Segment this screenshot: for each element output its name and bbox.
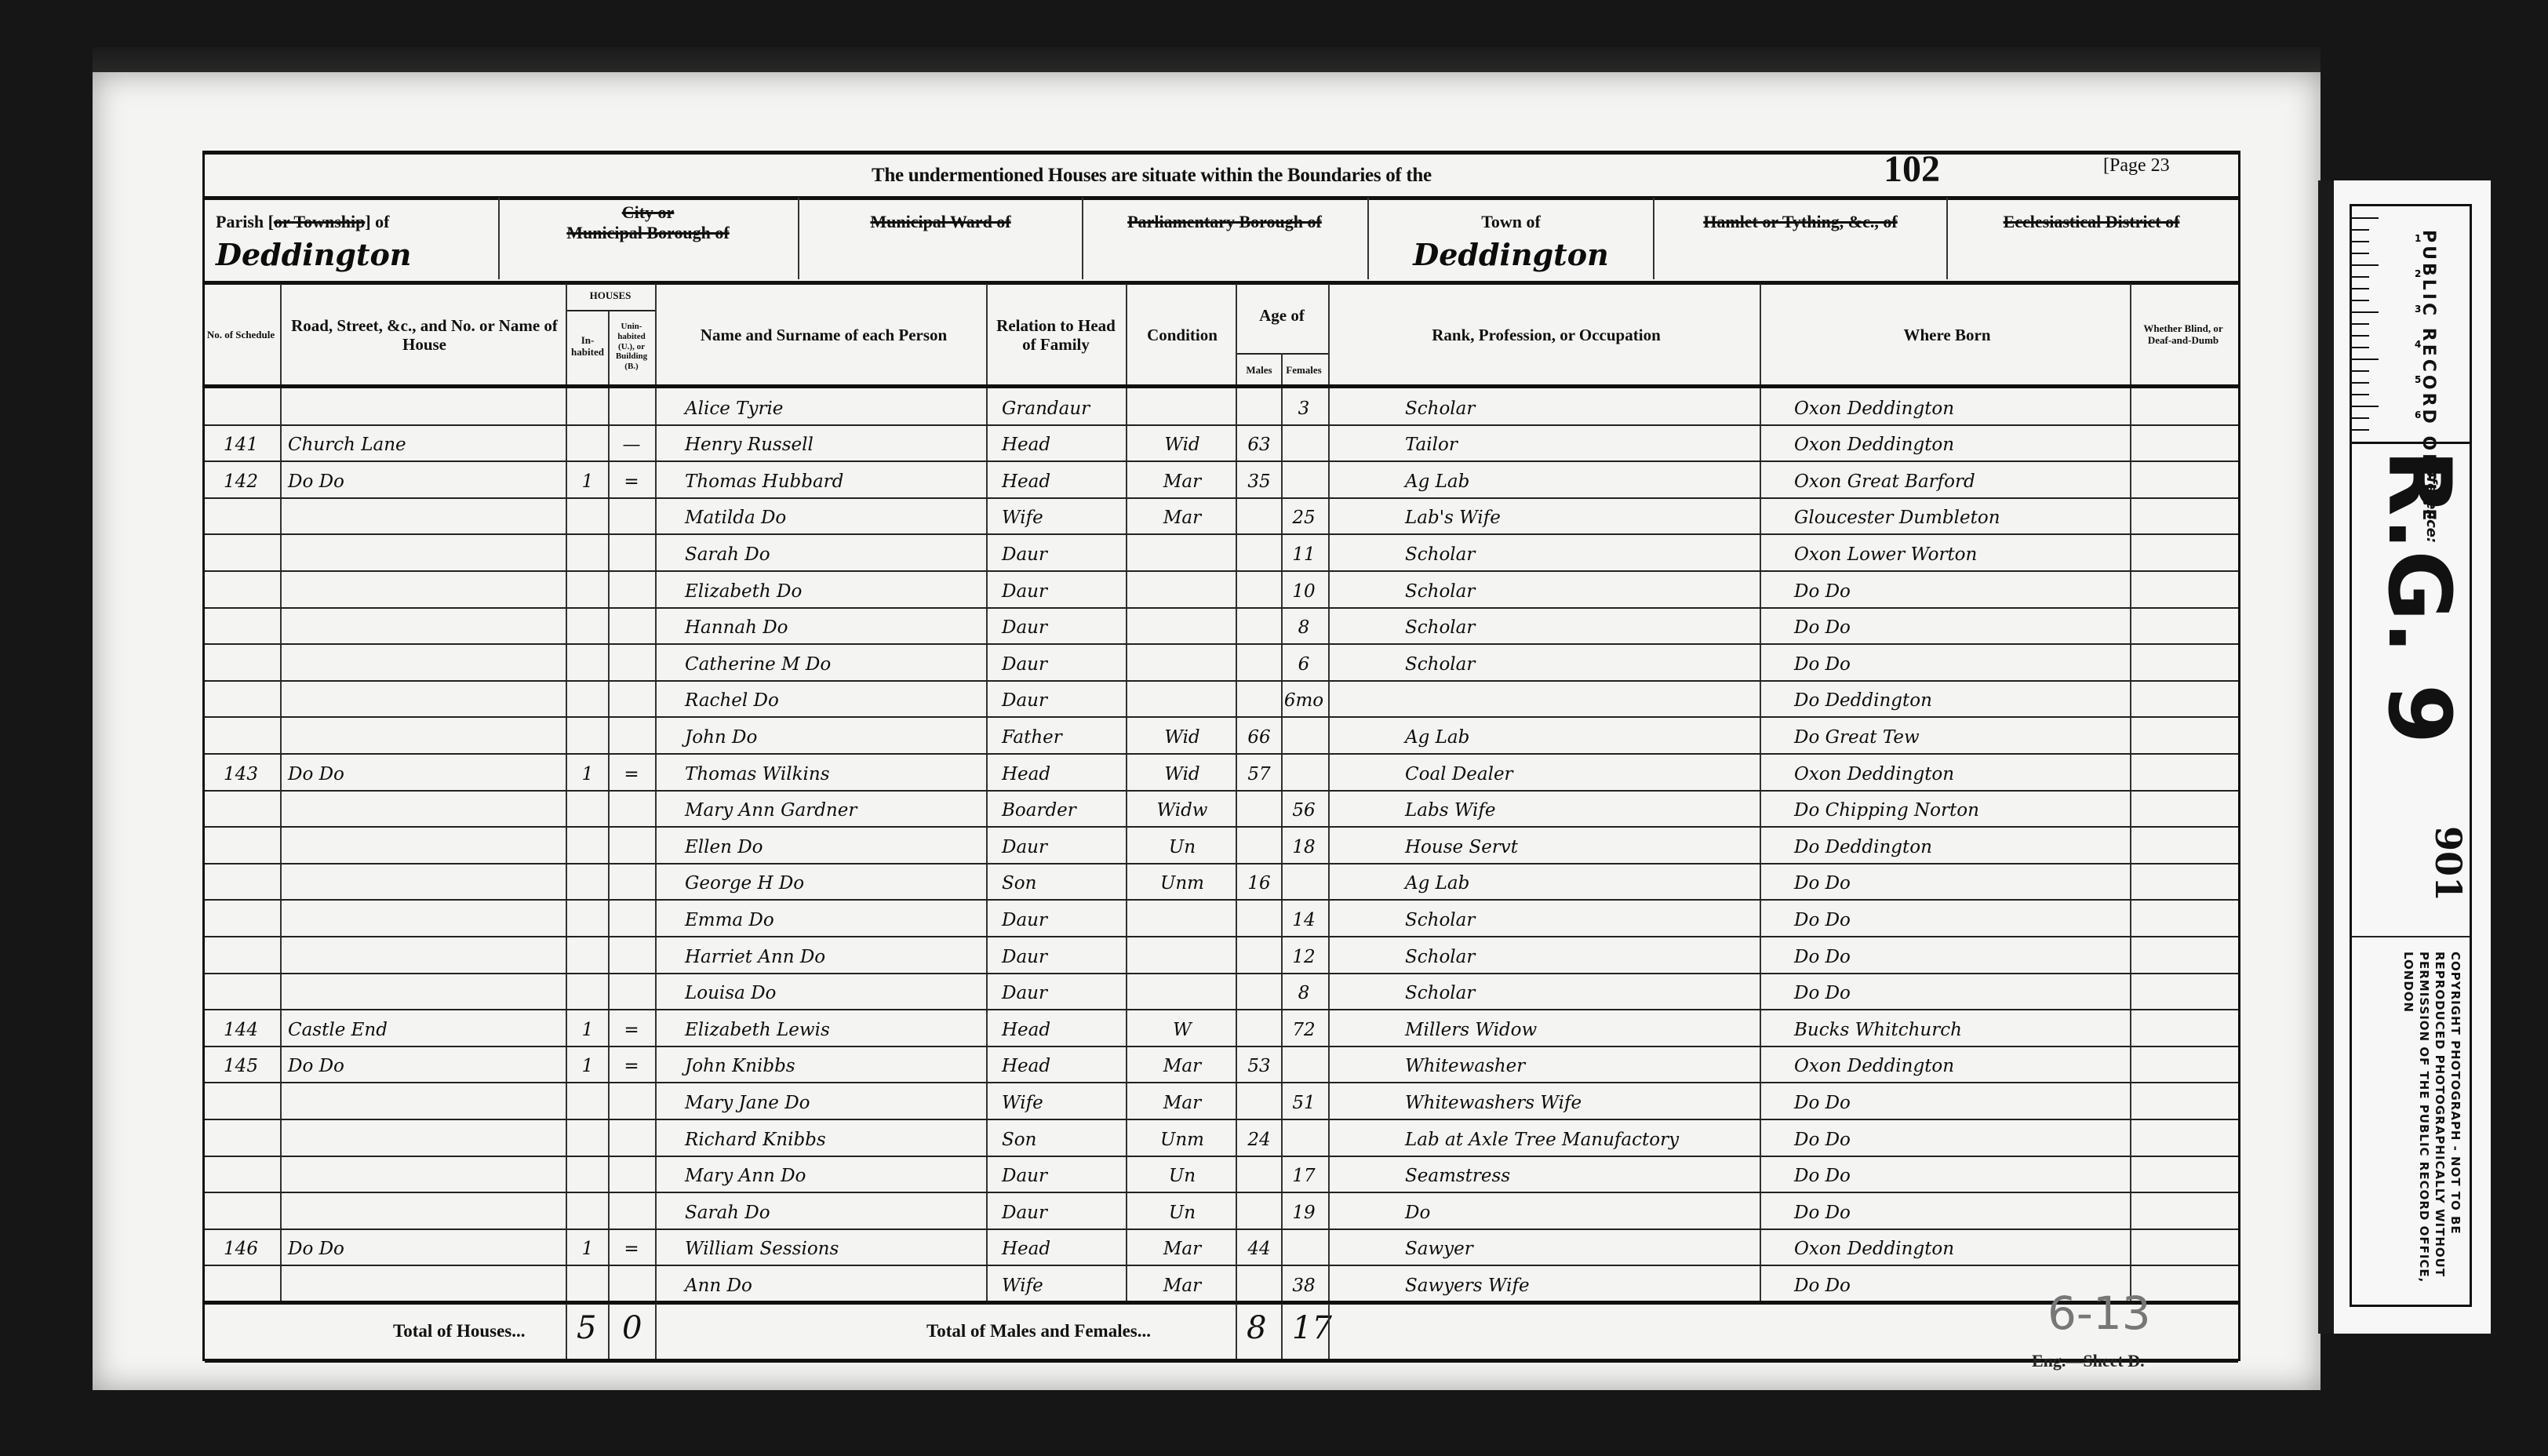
blind-deaf-status <box>2131 1202 2235 1225</box>
person-name: Catherine M Do <box>663 653 1006 676</box>
birthplace: Do Do <box>1763 653 2163 676</box>
household-separator: = <box>610 471 653 493</box>
table-row: Catherine M DoDaur6ScholarDo Do <box>205 643 2238 682</box>
inhabited-count <box>567 909 608 932</box>
occupation <box>1334 690 1829 712</box>
marital-condition <box>1129 946 1236 969</box>
relation-to-head: Boarder <box>989 799 1135 822</box>
birthplace: Do Do <box>1763 581 2163 603</box>
ruler-tick <box>2352 359 2379 360</box>
male-age <box>1237 799 1281 822</box>
male-age <box>1237 836 1281 859</box>
marital-condition: Mar <box>1129 1238 1236 1261</box>
marital-condition <box>1129 653 1236 676</box>
household-separator <box>610 617 653 639</box>
table-row: Hannah DoDaur8ScholarDo Do <box>205 607 2238 646</box>
household-separator <box>610 836 653 859</box>
table-row: 141Church Lane—Henry RussellHeadWid63Tai… <box>205 424 2238 463</box>
blind-deaf-status <box>2131 544 2235 566</box>
birthplace: Oxon Deddington <box>1763 398 2163 420</box>
household-separator: = <box>610 763 653 786</box>
occupation: Scholar <box>1334 581 1829 603</box>
table-row: George H DoSonUnm16Ag LabDo Do <box>205 863 2238 901</box>
schedule-number <box>205 690 277 712</box>
person-name: Ellen Do <box>663 836 1006 859</box>
town-value: Deddington <box>1369 237 1653 272</box>
occupation: Tailor <box>1334 434 1829 457</box>
table-row: Ellen DoDaurUn18House ServtDo Deddington <box>205 826 2238 864</box>
col-schedule: No. of Schedule <box>205 284 277 386</box>
parliamentary-borough-label: Parliamentary Borough of <box>1083 212 1366 232</box>
relation-to-head: Head <box>989 1055 1135 1078</box>
birthplace: Do Do <box>1763 872 2163 895</box>
schedule-number <box>205 544 277 566</box>
birthplace: Do Do <box>1763 909 2163 932</box>
schedule-number <box>205 909 277 932</box>
male-age <box>1237 617 1281 639</box>
ruler-tick <box>2352 394 2369 395</box>
male-age <box>1237 1019 1281 1042</box>
marital-condition: Mar <box>1129 471 1236 493</box>
male-age <box>1237 982 1281 1005</box>
person-name: Mary Jane Do <box>663 1092 1006 1115</box>
male-age: 44 <box>1237 1238 1281 1261</box>
table-row: Louisa DoDaur8ScholarDo Do <box>205 973 2238 1011</box>
relation-to-head: Son <box>989 1129 1135 1152</box>
person-name: John Do <box>663 726 1006 749</box>
male-age <box>1237 1202 1281 1225</box>
table-row: Sarah DoDaur11ScholarOxon Lower Worton <box>205 533 2238 572</box>
birthplace: Oxon Deddington <box>1763 763 2163 786</box>
female-age: 51 <box>1281 1092 1327 1115</box>
male-age: 66 <box>1237 726 1281 749</box>
relation-to-head: Head <box>989 1019 1135 1042</box>
col-females: Females <box>1281 355 1327 386</box>
birthplace: Oxon Deddington <box>1763 1055 2163 1078</box>
birthplace: Do Do <box>1763 1092 2163 1115</box>
col-name: Name and Surname of each Person <box>663 284 985 386</box>
col-relation: Relation to Head of Family <box>989 284 1123 386</box>
occupation: Scholar <box>1334 909 1829 932</box>
schedule-number <box>205 726 277 749</box>
road-address: Castle End <box>283 1019 570 1042</box>
schedule-number: 144 <box>205 1019 277 1042</box>
household-separator <box>610 1092 653 1115</box>
occupation: Scholar <box>1334 982 1829 1005</box>
ruler-tick <box>2352 382 2369 384</box>
occupation: Seamstress <box>1334 1165 1829 1188</box>
total-houses-label: Total of Houses... <box>393 1321 525 1341</box>
municipal-ward-cell: Municipal Ward of <box>799 201 1082 279</box>
birthplace: Do Do <box>1763 946 2163 969</box>
male-age <box>1237 946 1281 969</box>
road-address <box>283 581 570 603</box>
relation-to-head: Grandaur <box>989 398 1135 420</box>
road-address <box>283 1165 570 1188</box>
col-road: Road, Street, &c., and No. or Name of Ho… <box>283 284 566 386</box>
inhabited-count <box>567 1202 608 1225</box>
birthplace: Do Deddington <box>1763 836 2163 859</box>
blind-deaf-status <box>2131 1238 2235 1261</box>
marital-condition <box>1129 544 1236 566</box>
parliamentary-borough-cell: Parliamentary Borough of <box>1083 201 1366 279</box>
female-age <box>1281 471 1327 493</box>
birthplace: Oxon Deddington <box>1763 434 2163 457</box>
relation-to-head: Daur <box>989 982 1135 1005</box>
male-age: 16 <box>1237 872 1281 895</box>
inhabited-count <box>567 581 608 603</box>
road-address <box>283 617 570 639</box>
road-address <box>283 836 570 859</box>
table-row: Mary Ann DoDaurUn17SeamstressDo Do <box>205 1156 2238 1194</box>
household-separator <box>610 507 653 530</box>
birthplace: Do Do <box>1763 1129 2163 1152</box>
copyright-notice: COPYRIGHT PHOTOGRAPH - NOT TO BE REPRODU… <box>2401 952 2463 1297</box>
male-age: 35 <box>1237 471 1281 493</box>
township-label-struck: or Township <box>274 212 365 231</box>
household-separator <box>610 1129 653 1152</box>
male-age <box>1237 653 1281 676</box>
road-address: Do Do <box>283 763 570 786</box>
table-row: Ann DoWifeMar38Sawyers WifeDo Do <box>205 1265 2238 1303</box>
blind-deaf-status <box>2131 836 2235 859</box>
col-males: Males <box>1237 355 1281 386</box>
birthplace: Bucks Whitchurch <box>1763 1019 2163 1042</box>
inhabited-count <box>567 1165 608 1188</box>
person-name: John Knibbs <box>663 1055 1006 1078</box>
series-reference: R.G. 9 <box>2369 450 2470 744</box>
household-separator <box>610 1165 653 1188</box>
col-uninhabited: Unin-habited (U.), or Building (B.) <box>610 311 653 382</box>
schedule-number <box>205 398 277 420</box>
ruler-tick <box>2352 335 2369 337</box>
person-name: Mary Ann Gardner <box>663 799 1006 822</box>
person-name: Elizabeth Lewis <box>663 1019 1006 1042</box>
inhabited-count <box>567 544 608 566</box>
person-name: Richard Knibbs <box>663 1129 1006 1152</box>
inhabited-count <box>567 836 608 859</box>
ruler-tick <box>2352 276 2369 278</box>
schedule-number <box>205 1165 277 1188</box>
road-address: Do Do <box>283 1238 570 1261</box>
relation-to-head: Son <box>989 872 1135 895</box>
person-name: Mary Ann Do <box>663 1165 1006 1188</box>
household-separator <box>610 581 653 603</box>
parish-label: Parish [ <box>216 212 274 231</box>
household-separator <box>610 726 653 749</box>
blind-deaf-status <box>2131 1055 2235 1078</box>
blind-deaf-status <box>2131 617 2235 639</box>
blind-deaf-status <box>2131 1165 2235 1188</box>
schedule-number: 142 <box>205 471 277 493</box>
inhabited-count: 1 <box>567 1055 608 1078</box>
relation-to-head: Daur <box>989 690 1135 712</box>
table-row: Harriet Ann DoDaur12ScholarDo Do <box>205 936 2238 974</box>
municipal-borough-label: Municipal Borough of <box>566 223 729 242</box>
occupation: Lab's Wife <box>1334 507 1829 530</box>
blind-deaf-status <box>2131 1129 2235 1152</box>
schedule-number <box>205 1202 277 1225</box>
ruler-tick <box>2352 217 2379 219</box>
total-females: 17 <box>1292 1310 1332 1346</box>
scale-ruler: 123456 <box>2352 206 2470 444</box>
female-age: 14 <box>1281 909 1327 932</box>
person-name: Alice Tyrie <box>663 398 1006 420</box>
relation-to-head: Daur <box>989 581 1135 603</box>
marital-condition <box>1129 617 1236 639</box>
schedule-number <box>205 836 277 859</box>
male-age <box>1237 581 1281 603</box>
inhabited-count <box>567 726 608 749</box>
person-name: Thomas Hubbard <box>663 471 1006 493</box>
occupation: Coal Dealer <box>1334 763 1829 786</box>
municipal-borough-cell: City or Municipal Borough of <box>500 201 796 279</box>
female-age: 6mo <box>1281 690 1327 712</box>
marital-condition: Unm <box>1129 872 1236 895</box>
blind-deaf-status <box>2131 507 2235 530</box>
blind-deaf-status <box>2131 982 2235 1005</box>
male-age <box>1237 1275 1281 1298</box>
road-address: Do Do <box>283 471 570 493</box>
household-separator: — <box>610 434 653 457</box>
marital-condition <box>1129 690 1236 712</box>
reference-strip: 123456 PUBLIC RECORD OFFICE Reference: R… <box>2318 180 2491 1334</box>
ruler-tick <box>2352 417 2369 419</box>
household-separator: = <box>610 1055 653 1078</box>
female-age <box>1281 434 1327 457</box>
schedule-number <box>205 1129 277 1152</box>
birthplace: Do Chipping Norton <box>1763 799 2163 822</box>
female-age: 8 <box>1281 617 1327 639</box>
table-row: Emma DoDaur14ScholarDo Do <box>205 899 2238 937</box>
birthplace: Gloucester Dumbleton <box>1763 507 2163 530</box>
schedule-number <box>205 1092 277 1115</box>
male-age: 63 <box>1237 434 1281 457</box>
table-row: Mary Ann GardnerBoarderWidw56Labs WifeDo… <box>205 790 2238 828</box>
marital-condition: Mar <box>1129 1055 1236 1078</box>
occupation: Ag Lab <box>1334 726 1829 749</box>
marital-condition <box>1129 581 1236 603</box>
male-age <box>1237 690 1281 712</box>
person-name: Rachel Do <box>663 690 1006 712</box>
person-name: Sarah Do <box>663 1202 1006 1225</box>
household-separator <box>610 872 653 895</box>
marital-condition <box>1129 982 1236 1005</box>
road-address <box>283 909 570 932</box>
birthplace: Oxon Great Barford <box>1763 471 2163 493</box>
road-address: Church Lane <box>283 434 570 457</box>
birthplace: Do Great Tew <box>1763 726 2163 749</box>
household-separator <box>610 1202 653 1225</box>
schedule-number <box>205 507 277 530</box>
road-address <box>283 690 570 712</box>
table-row: 144Castle End1=Elizabeth LewisHeadW72Mil… <box>205 1009 2238 1047</box>
blind-deaf-status <box>2131 1019 2235 1042</box>
occupation: Millers Widow <box>1334 1019 1829 1042</box>
table-row: John DoFatherWid66Ag LabDo Great Tew <box>205 716 2238 755</box>
parish-cell: Parish [or Township] of Deddington <box>205 201 508 279</box>
table-row: 143Do Do1=Thomas WilkinsHeadWid57Coal De… <box>205 753 2238 792</box>
folio-number: 102 <box>1884 147 1940 191</box>
table-row: 142Do Do1=Thomas HubbardHeadMar35Ag LabO… <box>205 460 2238 499</box>
birthplace: Do Do <box>1763 1165 2163 1188</box>
road-address <box>283 946 570 969</box>
relation-to-head: Daur <box>989 1165 1135 1188</box>
reference-strip-frame: 123456 PUBLIC RECORD OFFICE Reference: R… <box>2350 204 2472 1307</box>
person-name: Thomas Wilkins <box>663 763 1006 786</box>
person-name: Ann Do <box>663 1275 1006 1298</box>
road-address <box>283 1129 570 1152</box>
male-age: 57 <box>1237 763 1281 786</box>
relation-to-head: Daur <box>989 1202 1135 1225</box>
marital-condition: Unm <box>1129 1129 1236 1152</box>
total-houses-inhabited: 5 <box>577 1310 596 1346</box>
inhabited-count <box>567 872 608 895</box>
schedule-number: 146 <box>205 1238 277 1261</box>
person-name: Elizabeth Do <box>663 581 1006 603</box>
inhabited-count <box>567 434 608 457</box>
table-row: Richard KnibbsSonUnm24Lab at Axle Tree M… <box>205 1119 2238 1157</box>
inhabited-count <box>567 1129 608 1152</box>
totals-row: Total of Houses... 5 0 Total of Males an… <box>205 1304 2238 1359</box>
inhabited-count: 1 <box>567 763 608 786</box>
blind-deaf-status <box>2131 872 2235 895</box>
road-address <box>283 653 570 676</box>
schedule-number: 145 <box>205 1055 277 1078</box>
inhabited-count: 1 <box>567 1019 608 1042</box>
relation-to-head: Head <box>989 763 1135 786</box>
schedule-number <box>205 872 277 895</box>
census-form: The undermentioned Houses are situate wi… <box>202 151 2240 1361</box>
male-age <box>1237 398 1281 420</box>
female-age <box>1281 726 1327 749</box>
inhabited-count: 1 <box>567 471 608 493</box>
household-separator <box>610 690 653 712</box>
person-name: Louisa Do <box>663 982 1006 1005</box>
relation-to-head: Daur <box>989 836 1135 859</box>
marital-condition: Wid <box>1129 763 1236 786</box>
col-where-born: Where Born <box>1763 284 2131 386</box>
ruler-tick <box>2352 241 2369 242</box>
road-address <box>283 398 570 420</box>
marital-condition: Mar <box>1129 507 1236 530</box>
relation-to-head: Wife <box>989 1275 1135 1298</box>
female-age: 19 <box>1281 1202 1327 1225</box>
male-age: 24 <box>1237 1129 1281 1152</box>
blind-deaf-status <box>2131 1092 2235 1115</box>
occupation: Labs Wife <box>1334 799 1829 822</box>
schedule-number <box>205 799 277 822</box>
ruler-tick <box>2352 300 2369 301</box>
occupation: Scholar <box>1334 653 1829 676</box>
schedule-number: 143 <box>205 763 277 786</box>
male-age <box>1237 544 1281 566</box>
ecclesiastical-district-cell: Ecclesiastical District of <box>1948 201 2235 279</box>
total-males: 8 <box>1247 1310 1266 1346</box>
relation-to-head: Head <box>989 1238 1135 1261</box>
marital-condition: Mar <box>1129 1092 1236 1115</box>
schedule-number <box>205 1275 277 1298</box>
total-houses-uninhabited: 0 <box>622 1310 642 1346</box>
table-row: 145Do Do1=John KnibbsHeadMar53Whitewashe… <box>205 1046 2238 1084</box>
occupation: Lab at Axle Tree Manufactory <box>1334 1129 1829 1152</box>
blind-deaf-status <box>2131 690 2235 712</box>
birthplace: Oxon Deddington <box>1763 1238 2163 1261</box>
occupation: House Servt <box>1334 836 1829 859</box>
relation-to-head: Father <box>989 726 1135 749</box>
schedule-number <box>205 982 277 1005</box>
relation-to-head: Daur <box>989 617 1135 639</box>
ruler-tick <box>2352 370 2369 372</box>
blind-deaf-status <box>2131 763 2235 786</box>
ecclesiastical-district-label: Ecclesiastical District of <box>1948 212 2235 232</box>
household-separator <box>610 909 653 932</box>
person-name: Hannah Do <box>663 617 1006 639</box>
female-age: 10 <box>1281 581 1327 603</box>
table-row: 146Do Do1=William SessionsHeadMar44Sawye… <box>205 1228 2238 1267</box>
inhabited-count <box>567 690 608 712</box>
inhabited-count: 1 <box>567 1238 608 1261</box>
occupation: Whitewasher <box>1334 1055 1829 1078</box>
person-name: Harriet Ann Do <box>663 946 1006 969</box>
household-separator <box>610 544 653 566</box>
female-age: 6 <box>1281 653 1327 676</box>
household-separator <box>610 653 653 676</box>
female-age: 8 <box>1281 982 1327 1005</box>
parish-value: Deddington <box>216 237 508 272</box>
inhabited-count <box>567 507 608 530</box>
ruler-tick <box>2352 264 2379 266</box>
road-address: Do Do <box>283 1055 570 1078</box>
ruler-tick <box>2352 229 2369 231</box>
pencil-annotation: 6-13 <box>2047 1287 2151 1340</box>
birthplace: Oxon Lower Worton <box>1763 544 2163 566</box>
road-address <box>283 544 570 566</box>
relation-to-head: Daur <box>989 544 1135 566</box>
schedule-number: 141 <box>205 434 277 457</box>
male-age <box>1237 1092 1281 1115</box>
inhabited-count <box>567 1092 608 1115</box>
ruler-tick <box>2352 288 2369 289</box>
inhabited-count <box>567 1275 608 1298</box>
ruler-tick <box>2352 347 2369 348</box>
marital-condition: W <box>1129 1019 1236 1042</box>
birthplace: Do Deddington <box>1763 690 2163 712</box>
inhabited-count <box>567 617 608 639</box>
female-age: 12 <box>1281 946 1327 969</box>
schedule-number <box>205 653 277 676</box>
female-age <box>1281 1055 1327 1078</box>
blind-deaf-status <box>2131 946 2235 969</box>
occupation: Do <box>1334 1202 1829 1225</box>
inhabited-count <box>567 398 608 420</box>
marital-condition: Widw <box>1129 799 1236 822</box>
ruler-tick <box>2352 253 2369 254</box>
blind-deaf-status <box>2131 726 2235 749</box>
road-address <box>283 982 570 1005</box>
col-age: Age of <box>1237 284 1327 347</box>
male-age <box>1237 909 1281 932</box>
town-cell: Town of Deddington <box>1369 201 1653 279</box>
birthplace: Do Do <box>1763 982 2163 1005</box>
person-name: Sarah Do <box>663 544 1006 566</box>
blind-deaf-status <box>2131 471 2235 493</box>
col-blind-deaf: Whether Blind, or Deaf-and-Dumb <box>2131 284 2235 386</box>
table-row: Alice TyrieGrandaur3ScholarOxon Deddingt… <box>205 388 2238 426</box>
occupation: Sawyers Wife <box>1334 1275 1829 1298</box>
household-separator: = <box>610 1019 653 1042</box>
schedule-number <box>205 946 277 969</box>
